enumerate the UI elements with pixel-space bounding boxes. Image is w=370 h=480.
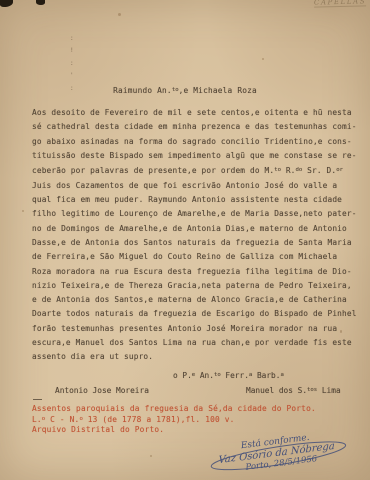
body-line: Roza moradora na rua Escura desta fregue…	[32, 265, 348, 279]
witness-name-right: Manuel dos S.tos Lima	[246, 386, 341, 395]
body-line: forão testemunhas presentes Antonio José…	[32, 322, 348, 336]
paper-speck	[118, 13, 121, 16]
stray-mark: :	[70, 33, 74, 45]
ink-blot	[36, 0, 45, 5]
priest-signature: o P.e An.to Ferr.a Barb.a	[173, 371, 284, 380]
stray-mark: '	[70, 70, 74, 82]
body-line: assento dia era ut supro.	[32, 350, 348, 364]
body-line: Juis dos Cazamentos de que foi escrivão …	[32, 179, 348, 193]
body-line: de Ferreira,e São Miguel do Couto Reino …	[32, 250, 348, 264]
body-line: ceberão por palavras de presente,e por o…	[32, 163, 348, 179]
body-line: Aos desoito de Fevereiro de mil e sete c…	[32, 106, 348, 120]
pencil-corner-note: CAPELLAS	[314, 0, 366, 8]
body-line: tituissão deste Bispado sem impedimento …	[32, 149, 348, 163]
body-line: qual fica em meu puder. Raymundo Antonio…	[32, 193, 348, 207]
body-line: Dasse,e de Antonia dos Santos naturais d…	[32, 236, 348, 250]
archive-reference: Assentos paroquiais da freguesia da Sé,d…	[32, 404, 316, 435]
ink-blot	[0, 0, 13, 7]
body-line: filho legitimo de Lourenço de Amarelhe,e…	[32, 207, 348, 221]
body-line: nizio Teixeira,e de Thereza Gracia,neta …	[32, 279, 348, 293]
witness-name-left: Antonio Jose Moreira	[55, 386, 149, 395]
body-line: go abaixo asinadas na forma do sagrado c…	[32, 135, 348, 149]
record-title: Raimundo An.to,e Michaela Roza	[0, 86, 370, 95]
body-line: e de Antonia dos Santos,e materna de Alo…	[32, 293, 348, 307]
body-line: no de Domingos de Amarelhe,e de Antonia …	[32, 222, 348, 236]
scanned-document-page: CAPELLAS :!:': Raimundo An.to,e Michaela…	[0, 0, 370, 480]
paper-speck	[150, 455, 152, 457]
body-line: escura,e Manuel dos Santos Lima na rua c…	[32, 336, 348, 350]
body-line: Doarte todos naturais da freguezia de Es…	[32, 307, 348, 321]
record-body: Aos desoito de Fevereiro de mil e sete c…	[32, 106, 348, 365]
archive-line: Arquivo Distrital do Porto.	[32, 425, 316, 435]
archive-line: L.o C - N.o 13 (de 1778 a 1781),fl. 100 …	[32, 414, 316, 425]
archive-line: Assentos paroquiais da freguesia da Sé,d…	[32, 404, 316, 414]
paper-speck	[262, 58, 264, 60]
paper-speck	[22, 210, 24, 212]
stray-mark: :	[70, 58, 74, 70]
stray-dash	[33, 399, 42, 400]
body-line: sé cathedral desta cidade em minha preze…	[32, 120, 348, 134]
stray-mark: !	[70, 45, 74, 57]
